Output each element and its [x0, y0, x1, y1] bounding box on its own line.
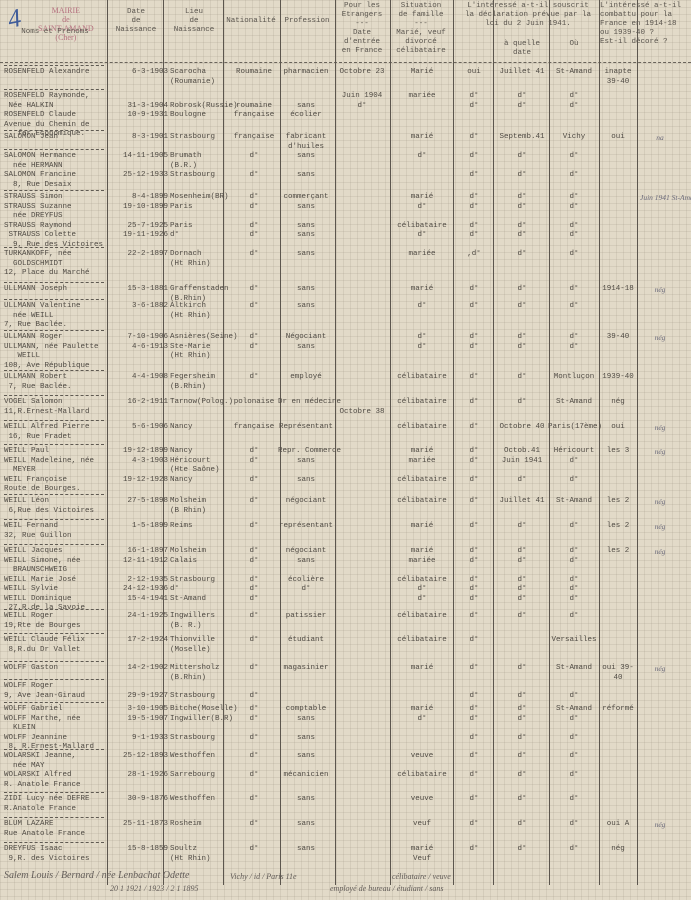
declaration-date: Juillet 41: [494, 497, 550, 507]
header-nationality: Nationalité: [222, 17, 280, 26]
family-status: célibataire: [390, 423, 454, 433]
military-service: oui: [598, 133, 638, 143]
nationality: française: [226, 133, 282, 143]
declaration-place: Paris(17ème): [548, 423, 600, 433]
person-name: WEILL Alfred Pierre 16, Rue Fradet: [4, 423, 106, 442]
declaration-place: d°: [548, 795, 600, 805]
declaration-signed: d° d° d° d°: [454, 193, 494, 241]
row-separator: [4, 792, 104, 793]
declaration-signed: d°: [454, 820, 494, 830]
military-service: 39-40: [598, 333, 638, 343]
declaration-signed: d° d°: [454, 92, 494, 111]
profession: magasinier: [278, 664, 334, 674]
handwritten-footer-family: célibataire / veuve: [392, 872, 451, 881]
family-status: d°: [390, 302, 454, 312]
column-rule: [107, 0, 108, 885]
handwritten-footer-name: Salem Louis / Bernard / née Lenbachat Od…: [4, 870, 189, 881]
declaration-date: d°: [494, 845, 550, 855]
person-name: STRAUSS Simon STRAUSS Suzanne née DREYFU…: [4, 193, 106, 250]
family-status: mariée: [390, 250, 454, 260]
header-entry-date: Pour les Etrangers --- Date d'entrée en …: [334, 2, 390, 56]
header-birth-date: Date de Naissance: [108, 8, 164, 35]
birth-date: 1-5-1899: [110, 522, 168, 532]
row-separator: [4, 420, 104, 421]
decoration-note: nég: [640, 664, 680, 674]
profession: sans: [278, 795, 334, 805]
declaration-signed: d° d°: [454, 152, 494, 181]
profession: sans: [278, 820, 334, 830]
row-separator: [4, 190, 104, 191]
birth-date: 8-3-1901: [110, 133, 168, 143]
declaration-place: d° d°: [548, 152, 600, 181]
family-status: d°: [390, 152, 454, 162]
birth-place: Westhoffen Sarrebourg: [170, 752, 230, 781]
declaration-signed: d°: [454, 285, 494, 295]
decoration-note: nég: [640, 285, 680, 295]
profession: Dr en médecine: [278, 398, 334, 408]
birth-date: 27-5-1898: [110, 497, 168, 507]
declaration-date: Octob.41 Juin 1941 d°: [494, 447, 550, 485]
family-status: marié Veuf: [390, 845, 454, 864]
profession: sans écolier: [278, 92, 334, 121]
nationality: d°: [226, 636, 282, 646]
birth-date: 17-2-1924: [110, 636, 168, 646]
birth-place: Brumath (B.R.) Strasbourg: [170, 152, 230, 181]
birth-date: 6-3-1903: [110, 68, 168, 78]
declaration-signed: d°: [454, 398, 494, 408]
header-family-status: Situation de famille --- Marié, veuf div…: [390, 2, 452, 56]
military-service: oui: [598, 423, 638, 433]
profession: sans: [278, 285, 334, 295]
military-service: 1939-40: [598, 373, 638, 383]
declaration-signed: d°: [454, 133, 494, 143]
profession: sans: [278, 302, 334, 312]
birth-place: Mittersholz (B.Rhin): [170, 664, 230, 683]
birth-date: 15-3-1881: [110, 285, 168, 295]
declaration-date: Septemb.41: [494, 133, 550, 143]
birth-place: Reims: [170, 522, 230, 532]
nationality: d°: [226, 682, 282, 701]
row-separator: [4, 247, 104, 248]
row-separator: [4, 282, 104, 283]
birth-place: Soultz (Ht Rhin): [170, 845, 230, 864]
row-separator: [4, 65, 104, 66]
declaration-place: St-Amand: [548, 398, 600, 408]
birth-place: Bitche(Moselle) Ingwiller(B.R) Strasbour…: [170, 705, 230, 743]
profession: négociant: [278, 497, 334, 507]
declaration-place: St-Amand: [548, 664, 600, 674]
nationality: d° d° d° d° d°: [226, 547, 282, 604]
row-separator: [4, 661, 104, 662]
declaration-place: Héricourt d° d°: [548, 447, 600, 485]
decoration-note: nég: [640, 820, 680, 830]
family-status: d° d°: [390, 333, 454, 352]
military-service: les 2: [598, 547, 638, 557]
decoration-note: nég: [640, 333, 680, 343]
declaration-signed: ,d°: [454, 250, 494, 260]
profession: représentant: [278, 522, 334, 532]
decoration-note: nég: [640, 522, 680, 532]
birth-place: Rosheim: [170, 820, 230, 830]
declaration-signed: d°: [454, 373, 494, 383]
birth-date: 8-4-1899 19-10-1899 25-7-1925 19-11-1926: [110, 193, 168, 241]
profession: sans sans: [278, 152, 334, 181]
birth-date: 16-1-1897 12-11-1912 2-12-1935 24-12-193…: [110, 547, 168, 604]
column-rule: [335, 0, 336, 885]
row-separator: [4, 149, 104, 150]
declaration-place: d°: [548, 250, 600, 260]
declaration-place: d° d° d° d° d°: [548, 547, 600, 604]
nationality: d°: [226, 795, 282, 805]
birth-date: 14-11-1905 25-12-1933: [110, 152, 168, 181]
birth-place: Altkirch (Ht Rhin): [170, 302, 230, 321]
header-declaration-when: à quelle date: [494, 40, 550, 58]
table-header: Noms et Prénoms Date de Naissance Lieu d…: [0, 0, 691, 60]
decoration-note: nég: [640, 447, 680, 457]
declaration-signed: d°: [454, 845, 494, 855]
declaration-place: St-Amand: [548, 497, 600, 507]
birth-place: Westhoffen: [170, 795, 230, 805]
person-name: WOLFF Gaston: [4, 664, 106, 674]
person-name: ULLMANN Robert 7, Rue Baclée.: [4, 373, 106, 392]
birth-date: 5-6-1906: [110, 423, 168, 433]
person-name: WOLFF Gabriel WOLFF Marthe, née KLEIN WO…: [4, 705, 106, 753]
birth-place: Robrosk(Russie) Boulogne: [170, 92, 230, 121]
row-separator: [4, 679, 104, 680]
declaration-date: d° d°: [494, 333, 550, 352]
nationality: française: [226, 423, 282, 433]
birth-date: 29-9-1927: [110, 682, 168, 701]
declaration-place: St-Amand d° d°: [548, 705, 600, 743]
declaration-date: d° d° d° d° d°: [494, 547, 550, 604]
birth-place: Nancy: [170, 423, 230, 433]
row-separator: [4, 702, 104, 703]
nationality: d° d° d°: [226, 447, 282, 485]
declaration-place: d°: [548, 845, 600, 855]
declaration-date: d°: [494, 820, 550, 830]
declaration-date: d°: [494, 285, 550, 295]
birth-date: 7-10-1906 4-6-1913: [110, 333, 168, 352]
birth-place: Mosenheim(BR) Paris Paris d°: [170, 193, 230, 241]
nationality: d° d°: [226, 752, 282, 781]
military-service: oui A: [598, 820, 638, 830]
declaration-place: d°: [548, 302, 600, 312]
declaration-date: d° d° d° d°: [494, 193, 550, 241]
birth-date: 30-9-1876: [110, 795, 168, 805]
declaration-place: St-Amand: [548, 68, 600, 78]
row-separator: [4, 749, 104, 750]
nationality: d°: [226, 612, 282, 622]
nationality: d° d° d° d°: [226, 193, 282, 241]
nationality: Roumaine: [226, 68, 282, 78]
declaration-signed: d°: [454, 682, 494, 701]
family-status: veuf: [390, 820, 454, 830]
nationality: d° d° d°: [226, 705, 282, 743]
declaration-place: d° d°: [548, 92, 600, 111]
family-status: Marié: [390, 68, 454, 78]
profession: négociant sans écolière d°: [278, 547, 334, 595]
declaration-signed: d°: [454, 612, 494, 622]
family-status: veuve: [390, 795, 454, 805]
handwritten-footer-place: Vichy / id / Paris 11e: [230, 872, 297, 881]
declaration-date: d°: [494, 612, 550, 622]
declaration-place: Versailles: [548, 636, 600, 646]
decoration-note: nég: [640, 547, 680, 557]
birth-date: 19-12-1899 4-3-1903 19-12-1928: [110, 447, 168, 485]
nationality: d°: [226, 373, 282, 383]
declaration-date: d° d°: [494, 92, 550, 111]
header-birth-place: Lieu de Naissance: [166, 8, 222, 35]
declaration-place: d°: [548, 612, 600, 622]
decoration-note: Juin 1941 St-Amand nég: [640, 193, 680, 203]
nationality: d° d°: [226, 333, 282, 352]
declaration-place: d° d°: [548, 752, 600, 781]
nationality: d°: [226, 250, 282, 260]
row-separator: [4, 609, 104, 610]
family-status: marié d°: [390, 705, 454, 724]
profession: sans: [278, 845, 334, 855]
declaration-place: d°: [548, 682, 600, 701]
person-name: WEIL Fernand 32, Rue Guillon: [4, 522, 106, 541]
declaration-date: d°: [494, 250, 550, 260]
birth-place: Tarnow(Polog.): [170, 398, 230, 408]
nationality: d°: [226, 820, 282, 830]
birth-place: Scarocha (Roumanie): [170, 68, 230, 87]
declaration-date: Juillet 41: [494, 68, 550, 78]
birth-place: Thionville (Moselle): [170, 636, 230, 655]
nationality: d°: [226, 664, 282, 674]
military-service: inapte 39-40: [598, 68, 638, 87]
nationality: polonaise: [226, 398, 282, 408]
birth-date: 24-1-1925: [110, 612, 168, 622]
family-status: marié: [390, 664, 454, 674]
person-name: SALOMON Jean: [4, 133, 106, 143]
military-service: les 3: [598, 447, 638, 457]
family-status: marié d° célibataire d°: [390, 193, 454, 241]
header-divider: [0, 62, 691, 63]
profession: comptable sans sans: [278, 705, 334, 743]
declaration-place: d°: [548, 522, 600, 532]
profession: employé: [278, 373, 334, 383]
family-status: célibataire: [390, 398, 454, 408]
nationality: d°: [226, 522, 282, 532]
declaration-date: d°: [494, 302, 550, 312]
birth-date: 25-12-1893 28-1-1926: [110, 752, 168, 781]
row-separator: [4, 842, 104, 843]
declaration-signed: d° d° d°: [454, 705, 494, 743]
row-separator: [4, 89, 104, 90]
handwritten-footer-profession: employé de bureau / étudiant / sans: [330, 884, 443, 893]
nationality: d°: [226, 302, 282, 312]
nationality: d°: [226, 845, 282, 855]
declaration-date: d° d°: [494, 752, 550, 781]
birth-place: Strasbourg: [170, 133, 230, 143]
row-separator: [4, 299, 104, 300]
decoration-note: nég: [640, 497, 680, 507]
birth-place: Nancy Héricourt (Hte Saône) Nancy: [170, 447, 230, 485]
declaration-place: d°: [548, 285, 600, 295]
military-service: les 2: [598, 497, 638, 507]
row-separator: [4, 330, 104, 331]
birth-date: 14-2-1902: [110, 664, 168, 674]
birth-place: Fegersheim (B.Rhin): [170, 373, 230, 392]
family-status: célibataire: [390, 497, 454, 507]
family-status: marié: [390, 522, 454, 532]
declaration-place: d°: [548, 820, 600, 830]
header-declaration: L'intéressé a-t-il souscrit la déclarati…: [454, 2, 602, 29]
declaration-place: d° d° d° d°: [548, 193, 600, 241]
header-fought: L'intéressé a-t-il combattu pour la Fran…: [600, 2, 690, 47]
family-status: célibataire: [390, 636, 454, 646]
declaration-place: Montluçon: [548, 373, 600, 383]
declaration-signed: d°: [454, 795, 494, 805]
document-page: 4 MAIRIE de SAINT-AMAND (Cher) Noms et P…: [0, 0, 691, 900]
declaration-signed: d° d°: [454, 333, 494, 352]
family-status: célibataire: [390, 612, 454, 622]
military-service: oui 39- 40: [598, 664, 638, 683]
declaration-date: d° d°: [494, 152, 550, 181]
person-name: WEILL Jacques WEILL Simone, née BRAUNSCH…: [4, 547, 106, 614]
handwritten-footer-dates: 20 1 1921 / 1923 / 2 1 1895: [110, 884, 198, 893]
person-name: WOLARSKI Jeanne, née MAY WOLARSKI Alfred…: [4, 752, 106, 790]
declaration-place: d° d°: [548, 333, 600, 352]
decoration-note: nég: [640, 423, 680, 433]
row-separator: [4, 633, 104, 634]
declaration-date: d°: [494, 522, 550, 532]
military-service: réformé: [598, 705, 638, 715]
nationality: d° d°: [226, 152, 282, 181]
declaration-signed: d°: [454, 497, 494, 507]
birth-place: Dornach (Ht Rhin): [170, 250, 230, 269]
declaration-signed: oui: [454, 68, 494, 78]
nationality: d°: [226, 285, 282, 295]
birth-date: 4-4-1908: [110, 373, 168, 383]
family-status: marié: [390, 285, 454, 295]
person-name: WEILL Léon 6,Rue des Victoires: [4, 497, 106, 516]
entry-date: Octobre 23: [333, 68, 391, 78]
row-separator: [4, 395, 104, 396]
profession: sans: [278, 250, 334, 260]
person-name: DREYFUS Isaac 9,R. des Victoires: [4, 845, 106, 864]
person-name: SALOMON Hermance née HERMANN SALOMON Fra…: [4, 152, 106, 190]
entry-date: Octobre 38: [333, 398, 391, 417]
profession: Négociant sans: [278, 333, 334, 352]
person-name: VOGEL Salomon 11,R.Ernest-Mallard: [4, 398, 106, 417]
row-separator: [4, 130, 104, 131]
header-declaration-where: Où: [548, 40, 600, 49]
declaration-signed: d° d° d°: [454, 447, 494, 485]
profession: pharmacien: [278, 68, 334, 78]
profession: Repr. Commerce sans sans: [278, 447, 334, 485]
row-separator: [4, 370, 104, 371]
profession: sans mécanicien: [278, 752, 334, 781]
person-name: WEILL Paul WEILL Madeleine, née MEYER WE…: [4, 447, 106, 495]
person-name: WEILL Claude Félix 8,R.du Dr Vallet: [4, 636, 106, 655]
birth-date: 3-6-1882: [110, 302, 168, 312]
declaration-signed: d°: [454, 636, 494, 646]
declaration-signed: d° d° d° d° d°: [454, 547, 494, 604]
birth-place: Strasbourg: [170, 682, 230, 701]
declaration-signed: d°: [454, 423, 494, 433]
row-separator: [4, 544, 104, 545]
person-name: ULLMANN Joseph: [4, 285, 106, 295]
declaration-place: Vichy: [548, 133, 600, 143]
declaration-signed: d°: [454, 302, 494, 312]
birth-date: 25-11-1873: [110, 820, 168, 830]
birth-place: Molsheim Calais Strasbourg d° St-Amand: [170, 547, 230, 604]
declaration-signed: d° d°: [454, 752, 494, 781]
row-separator: [4, 519, 104, 520]
declaration-date: d°: [494, 682, 550, 701]
birth-date: 3-10-1905 19-5-1907 9-1-1933: [110, 705, 168, 743]
decoration-note: na: [640, 133, 680, 143]
birth-place: Asnières(Seine) Ste-Marie (Ht Rhin): [170, 333, 230, 362]
birth-place: Molsheim (B Rhin): [170, 497, 230, 516]
person-name: WEILL Roger 19,Rte de Bourges: [4, 612, 106, 631]
row-separator: [4, 494, 104, 495]
nationality: roumaine française: [226, 92, 282, 121]
profession: étudiant: [278, 636, 334, 646]
profession: fabricant d'huiles: [278, 133, 334, 152]
declaration-signed: d°: [454, 664, 494, 674]
person-name: ZIDI Lucy née DEFRE R.Anatole France: [4, 795, 106, 814]
person-name: BLUM LAZARE Rue Anatole France: [4, 820, 106, 839]
declaration-date: d°: [494, 795, 550, 805]
military-service: nég: [598, 398, 638, 408]
entry-date: Juin 1904 d°: [333, 92, 391, 111]
family-status: marié mariée célibataire d° d°: [390, 547, 454, 604]
row-separator: [4, 817, 104, 818]
military-service: les 2: [598, 522, 638, 532]
profession: Représentant: [278, 423, 334, 433]
birth-date: 31-3-1904 10-9-1931: [110, 92, 168, 121]
declaration-date: d°: [494, 373, 550, 383]
person-name: ULLMANN Roger ULLMANN, née Paulette WEIL…: [4, 333, 106, 371]
family-status: marié: [390, 133, 454, 143]
military-service: nég: [598, 845, 638, 855]
person-name: ULLMANN Valentine née WEILL 7, Rue Baclé…: [4, 302, 106, 331]
birth-place: Ingwillers (B. R.): [170, 612, 230, 631]
birth-date: 22-2-1897: [110, 250, 168, 260]
person-name: WOLFF Roger 9, Ave Jean-Giraud: [4, 682, 106, 701]
declaration-date: d°: [494, 664, 550, 674]
profession: patissier: [278, 612, 334, 622]
person-name: TURKANKOFF, née GOLDSCHMIDT 12, Place du…: [4, 250, 106, 279]
family-status: mariée: [390, 92, 454, 102]
birth-date: 16-2-1911: [110, 398, 168, 408]
declaration-signed: d°: [454, 522, 494, 532]
header-profession: Profession: [280, 17, 334, 26]
nationality: d°: [226, 497, 282, 507]
header-name: Noms et Prénoms: [4, 28, 106, 37]
profession: commerçant sans sans sans: [278, 193, 334, 241]
declaration-date: Octobre 40: [494, 423, 550, 433]
family-status: célibataire: [390, 373, 454, 383]
person-name: ROSENFELD Alexandre: [4, 68, 106, 78]
family-status: veuve célibataire: [390, 752, 454, 781]
row-separator: [4, 444, 104, 445]
declaration-date: d° d° d°: [494, 705, 550, 743]
birth-date: 15-8-1859: [110, 845, 168, 855]
family-status: marié mariée célibataire: [390, 447, 454, 485]
military-service: 1914-18: [598, 285, 638, 295]
declaration-date: d°: [494, 398, 550, 408]
